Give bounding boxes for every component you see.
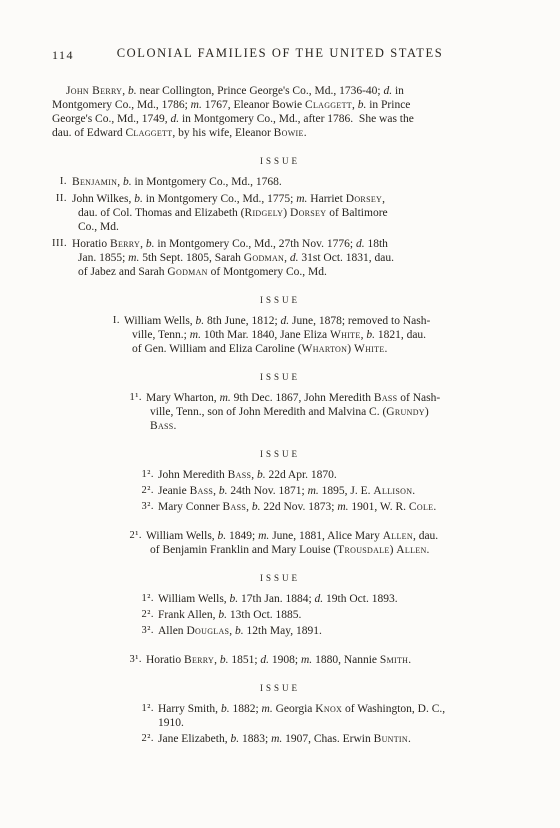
entry-label: 1².: [132, 592, 154, 606]
text-segment: Cole: [409, 501, 433, 513]
text-line: 1910.: [158, 716, 508, 730]
text-segment: Co., Md.: [78, 221, 119, 233]
text-segment: Allen: [383, 530, 413, 542]
text-segment: 9th Dec. 1867, John Meredith: [231, 392, 374, 404]
text-segment: .: [174, 420, 177, 432]
text-segment: Benjamin: [72, 176, 117, 188]
text-segment: d.: [170, 113, 179, 125]
text-segment: near Collington, Prince George's Co., Md…: [137, 85, 384, 97]
text-segment: William Wells,: [158, 593, 230, 605]
text-segment: June, 1878; removed to Nash-: [289, 315, 430, 327]
text-segment: ): [347, 343, 354, 355]
text-segment: in Prince: [366, 99, 410, 111]
genealogy-entry: 1¹.Mary Wharton, m. 9th Dec. 1867, John …: [52, 391, 508, 433]
text-segment: Mary Wharton,: [146, 392, 220, 404]
text-segment: Claggett: [305, 99, 352, 111]
text-line: ville, Tenn., son of John Meredith and M…: [150, 405, 508, 419]
text-line: Co., Md.: [78, 220, 508, 234]
text-line: John Meredith Bass, b. 22d Apr. 1870.: [158, 468, 508, 482]
entry-label: 2¹.: [120, 529, 142, 543]
running-title: COLONIAL FAMILIES OF THE UNITED STATES: [52, 46, 508, 61]
text-segment: 1883;: [239, 733, 271, 745]
text-segment: .: [427, 544, 430, 556]
text-segment: .: [412, 485, 415, 497]
text-segment: b.: [218, 609, 227, 621]
text-line: dau. of Edward Claggett, by his wife, El…: [52, 126, 508, 140]
text-line: Mary Wharton, m. 9th Dec. 1867, John Mer…: [146, 391, 508, 405]
entry-label: I.: [52, 175, 67, 189]
text-segment: b.: [230, 593, 239, 605]
text-line: Montgomery Co., Md., 1786; m. 1767, Elea…: [52, 98, 508, 112]
text-segment: Horatio: [146, 654, 184, 666]
text-segment: of Montgomery Co., Md.: [208, 266, 327, 278]
text-segment: ville, Tenn., son of John Meredith and M…: [150, 406, 386, 418]
text-segment: Bass: [150, 420, 174, 432]
text-segment: 1767, Eleanor Bowie: [202, 99, 305, 111]
text-segment: 5th Sept. 1805, Sarah: [139, 252, 243, 264]
entry-label: 3¹.: [120, 653, 142, 667]
text-segment: Frank Allen,: [158, 609, 218, 621]
text-segment: Bass: [228, 469, 252, 481]
text-segment: John Meredith: [158, 469, 228, 481]
text-segment: in Montgomery Co., Md., 1768.: [132, 176, 282, 188]
text-segment: 1901, W. R.: [349, 501, 409, 513]
text-segment: 1907, Chas. Erwin: [282, 733, 373, 745]
text-segment: Jeanie: [158, 485, 190, 497]
genealogy-entry: II.John Wilkes, b. in Montgomery Co., Md…: [52, 192, 508, 234]
page-header: 114 COLONIAL FAMILIES OF THE UNITED STAT…: [52, 46, 508, 62]
text-segment: b.: [257, 469, 266, 481]
genealogy-entry: III.Horatio Berry, b. in Montgomery Co.,…: [52, 237, 508, 279]
text-line: John Berry, b. near Collington, Prince G…: [52, 84, 508, 98]
text-segment: , dau.: [413, 530, 438, 542]
text-segment: d.: [356, 238, 365, 250]
text-line: Jane Elizabeth, b. 1883; m. 1907, Chas. …: [158, 732, 508, 746]
text-segment: in Montgomery Co., Md., after 1786. She …: [179, 113, 414, 125]
text-segment: in: [392, 85, 404, 97]
text-segment: 8th June, 1812;: [204, 315, 280, 327]
genealogy-entry: 2².Jeanie Bass, b. 24th Nov. 1871; m. 18…: [52, 484, 508, 498]
text-segment: 12th May, 1891.: [244, 625, 322, 637]
text-segment: ): [283, 207, 290, 219]
text-line: William Wells, b. 17th Jan. 1884; d. 19t…: [158, 592, 508, 606]
text-segment: Bowie: [274, 127, 304, 139]
entry-label: I.: [104, 314, 120, 328]
text-segment: Jan. 1855;: [78, 252, 128, 264]
text-segment: ): [425, 406, 429, 418]
text-segment: 24th Nov. 1871;: [228, 485, 308, 497]
text-segment: Knox: [315, 703, 342, 715]
text-segment: in Montgomery Co., Md., 1775;: [143, 193, 296, 205]
text-segment: 13th Oct. 1885.: [227, 609, 301, 621]
text-segment: Berry: [184, 654, 214, 666]
text-segment: Godman: [244, 252, 284, 264]
text-segment: Wharton: [302, 343, 348, 355]
text-segment: of Gen. William and Eliza Caroline (: [132, 343, 302, 355]
text-segment: of Jabez and Sarah: [78, 266, 167, 278]
text-segment: Buntin: [374, 733, 408, 745]
text-segment: , by his wife, Eleanor: [172, 127, 273, 139]
text-segment: of Benjamin Franklin and Mary Louise (: [150, 544, 337, 556]
text-segment: White: [330, 329, 361, 341]
genealogy-entry: 2².Jane Elizabeth, b. 1883; m. 1907, Cha…: [52, 732, 508, 746]
text-segment: Harry Smith,: [158, 703, 221, 715]
text-segment: Ridgely: [245, 207, 284, 219]
text-segment: 1851;: [228, 654, 260, 666]
text-line: John Wilkes, b. in Montgomery Co., Md., …: [72, 192, 508, 206]
text-line: Frank Allen, b. 13th Oct. 1885.: [158, 608, 508, 622]
text-segment: d.: [383, 85, 392, 97]
text-segment: m.: [337, 501, 348, 513]
entry-label: 1¹.: [120, 391, 142, 405]
text-segment: d.: [290, 252, 299, 264]
text-segment: .: [408, 654, 411, 666]
entry-label: 2².: [132, 608, 154, 622]
text-segment: b.: [134, 193, 143, 205]
text-line: Horatio Berry, b. 1851; d. 1908; m. 1880…: [146, 653, 508, 667]
text-segment: b.: [123, 176, 132, 188]
text-segment: d.: [260, 654, 269, 666]
genealogy-entry: 2².Frank Allen, b. 13th Oct. 1885.: [52, 608, 508, 622]
text-segment: b.: [196, 315, 205, 327]
text-segment: Bass: [223, 501, 247, 513]
text-segment: Allison: [373, 485, 412, 497]
text-segment: b.: [128, 85, 137, 97]
text-segment: m.: [220, 392, 231, 404]
text-segment: 1910.: [158, 717, 184, 729]
text-segment: Bass: [190, 485, 214, 497]
text-line: dau. of Col. Thomas and Elizabeth (Ridge…: [78, 206, 508, 220]
entry-label: II.: [52, 192, 67, 206]
text-segment: 1880, Nannie: [312, 654, 380, 666]
issue-heading: ISSUE: [52, 683, 508, 694]
text-segment: 22d Nov. 1873;: [260, 501, 337, 513]
book-page: 114 COLONIAL FAMILIES OF THE UNITED STAT…: [0, 0, 560, 828]
genealogy-entry: 1².John Meredith Bass, b. 22d Apr. 1870.: [52, 468, 508, 482]
text-segment: m.: [191, 99, 202, 111]
text-segment: John Wilkes,: [72, 193, 134, 205]
text-segment: .: [408, 733, 411, 745]
text-segment: m.: [301, 654, 312, 666]
text-line: Jan. 1855; m. 5th Sept. 1805, Sarah Godm…: [78, 251, 508, 265]
text-segment: 19th Oct. 1893.: [323, 593, 397, 605]
genealogy-entry: 3².Mary Conner Bass, b. 22d Nov. 1873; m…: [52, 500, 508, 514]
text-line: Mary Conner Bass, b. 22d Nov. 1873; m. 1…: [158, 500, 508, 514]
text-segment: George's Co., Md., 1749,: [52, 113, 170, 125]
text-line: William Wells, b. 8th June, 1812; d. Jun…: [124, 314, 508, 328]
issue-heading: ISSUE: [52, 156, 508, 167]
entry-label: 3².: [132, 624, 154, 638]
text-segment: Jane Elizabeth,: [158, 733, 230, 745]
text-segment: ,: [382, 193, 385, 205]
text-line: of Benjamin Franklin and Mary Louise (Tr…: [150, 543, 508, 557]
text-segment: m.: [262, 703, 273, 715]
text-segment: b.: [221, 703, 230, 715]
text-segment: d.: [315, 593, 324, 605]
text-segment: m.: [271, 733, 282, 745]
text-line: of Jabez and Sarah Godman of Montgomery …: [78, 265, 508, 279]
text-segment: Berry: [110, 238, 140, 250]
text-segment: 1821, dau.: [375, 329, 426, 341]
issue-heading: ISSUE: [52, 573, 508, 584]
text-segment: 1895, J. E.: [319, 485, 374, 497]
text-segment: William Wells,: [124, 315, 196, 327]
text-line: of Gen. William and Eliza Caroline (Whar…: [132, 342, 508, 356]
text-segment: dau. of Col. Thomas and Elizabeth (: [78, 207, 245, 219]
genealogy-entry: I.William Wells, b. 8th June, 1812; d. J…: [52, 314, 508, 356]
text-segment: 18th: [365, 238, 388, 250]
genealogy-entry: 1².William Wells, b. 17th Jan. 1884; d. …: [52, 592, 508, 606]
text-line: Horatio Berry, b. in Montgomery Co., Md.…: [72, 237, 508, 251]
text-segment: of Baltimore: [326, 207, 387, 219]
issue-heading: ISSUE: [52, 372, 508, 383]
text-segment: in Montgomery Co., Md., 27th Nov. 1776;: [154, 238, 355, 250]
text-segment: 1849;: [226, 530, 258, 542]
text-segment: of Washington, D. C.,: [342, 703, 445, 715]
text-segment: .: [385, 343, 388, 355]
text-line: Allen Douglas, b. 12th May, 1891.: [158, 624, 508, 638]
text-segment: Dorsey: [290, 207, 326, 219]
text-segment: Montgomery Co., Md., 1786;: [52, 99, 191, 111]
text-segment: d.: [281, 315, 290, 327]
text-segment: m.: [308, 485, 319, 497]
text-segment: Mary Conner: [158, 501, 223, 513]
text-segment: 17th Jan. 1884;: [238, 593, 314, 605]
text-segment: John Berry: [66, 85, 122, 97]
text-segment: Godman: [167, 266, 207, 278]
text-segment: 1908;: [269, 654, 301, 666]
issue-heading: ISSUE: [52, 295, 508, 306]
genealogy-entry: 1².Harry Smith, b. 1882; m. Georgia Knox…: [52, 702, 508, 730]
text-segment: Allen: [396, 544, 426, 556]
text-segment: 10th Mar. 1840, Jane Eliza: [201, 329, 330, 341]
page-number: 114: [52, 48, 74, 63]
text-segment: ville, Tenn.;: [132, 329, 190, 341]
text-segment: Dorsey: [346, 193, 382, 205]
text-segment: b.: [230, 733, 239, 745]
issue-heading: ISSUE: [52, 449, 508, 460]
text-segment: m.: [258, 530, 269, 542]
genealogy-entry: 3².Allen Douglas, b. 12th May, 1891.: [52, 624, 508, 638]
entry-label: 2².: [132, 732, 154, 746]
paragraph: John Berry, b. near Collington, Prince G…: [52, 84, 508, 140]
text-line: Bass.: [150, 419, 508, 433]
text-line: George's Co., Md., 1749, d. in Montgomer…: [52, 112, 508, 126]
text-segment: m.: [190, 329, 201, 341]
text-segment: Harriet: [307, 193, 345, 205]
text-segment: b.: [235, 625, 244, 637]
text-segment: m.: [296, 193, 307, 205]
text-segment: Trousdale: [337, 544, 389, 556]
text-segment: Grundy: [386, 406, 425, 418]
text-segment: Horatio: [72, 238, 110, 250]
page-content: John Berry, b. near Collington, Prince G…: [52, 84, 508, 746]
text-segment: White: [354, 343, 385, 355]
text-segment: b.: [218, 530, 227, 542]
text-segment: m.: [128, 252, 139, 264]
text-segment: dau. of Edward: [52, 127, 125, 139]
entry-label: 3².: [132, 500, 154, 514]
text-line: Jeanie Bass, b. 24th Nov. 1871; m. 1895,…: [158, 484, 508, 498]
entry-label: 1².: [132, 468, 154, 482]
text-segment: 22d Apr. 1870.: [266, 469, 337, 481]
entry-label: 1².: [132, 702, 154, 716]
text-segment: Smith: [380, 654, 408, 666]
text-segment: 31st Oct. 1831, dau.: [299, 252, 395, 264]
genealogy-entry: I.Benjamin, b. in Montgomery Co., Md., 1…: [52, 175, 508, 189]
text-segment: Claggett: [125, 127, 172, 139]
text-line: Benjamin, b. in Montgomery Co., Md., 176…: [72, 175, 508, 189]
text-line: Harry Smith, b. 1882; m. Georgia Knox of…: [158, 702, 508, 716]
genealogy-entry: 3¹.Horatio Berry, b. 1851; d. 1908; m. 1…: [52, 653, 508, 667]
entry-label: III.: [52, 237, 67, 251]
text-line: ville, Tenn.; m. 10th Mar. 1840, Jane El…: [132, 328, 508, 342]
genealogy-entry: 2¹.William Wells, b. 1849; m. June, 1881…: [52, 529, 508, 557]
text-segment: Bass: [374, 392, 398, 404]
text-segment: Allen: [158, 625, 186, 637]
entry-label: 2².: [132, 484, 154, 498]
text-segment: Douglas: [186, 625, 229, 637]
text-segment: Georgia: [273, 703, 316, 715]
text-segment: b.: [219, 485, 228, 497]
text-segment: of Nash-: [397, 392, 440, 404]
text-segment: b.: [366, 329, 375, 341]
text-segment: .: [304, 127, 307, 139]
text-segment: June, 1881, Alice Mary: [269, 530, 382, 542]
text-segment: 1882;: [230, 703, 262, 715]
text-segment: .: [433, 501, 436, 513]
text-line: William Wells, b. 1849; m. June, 1881, A…: [146, 529, 508, 543]
text-segment: William Wells,: [146, 530, 218, 542]
